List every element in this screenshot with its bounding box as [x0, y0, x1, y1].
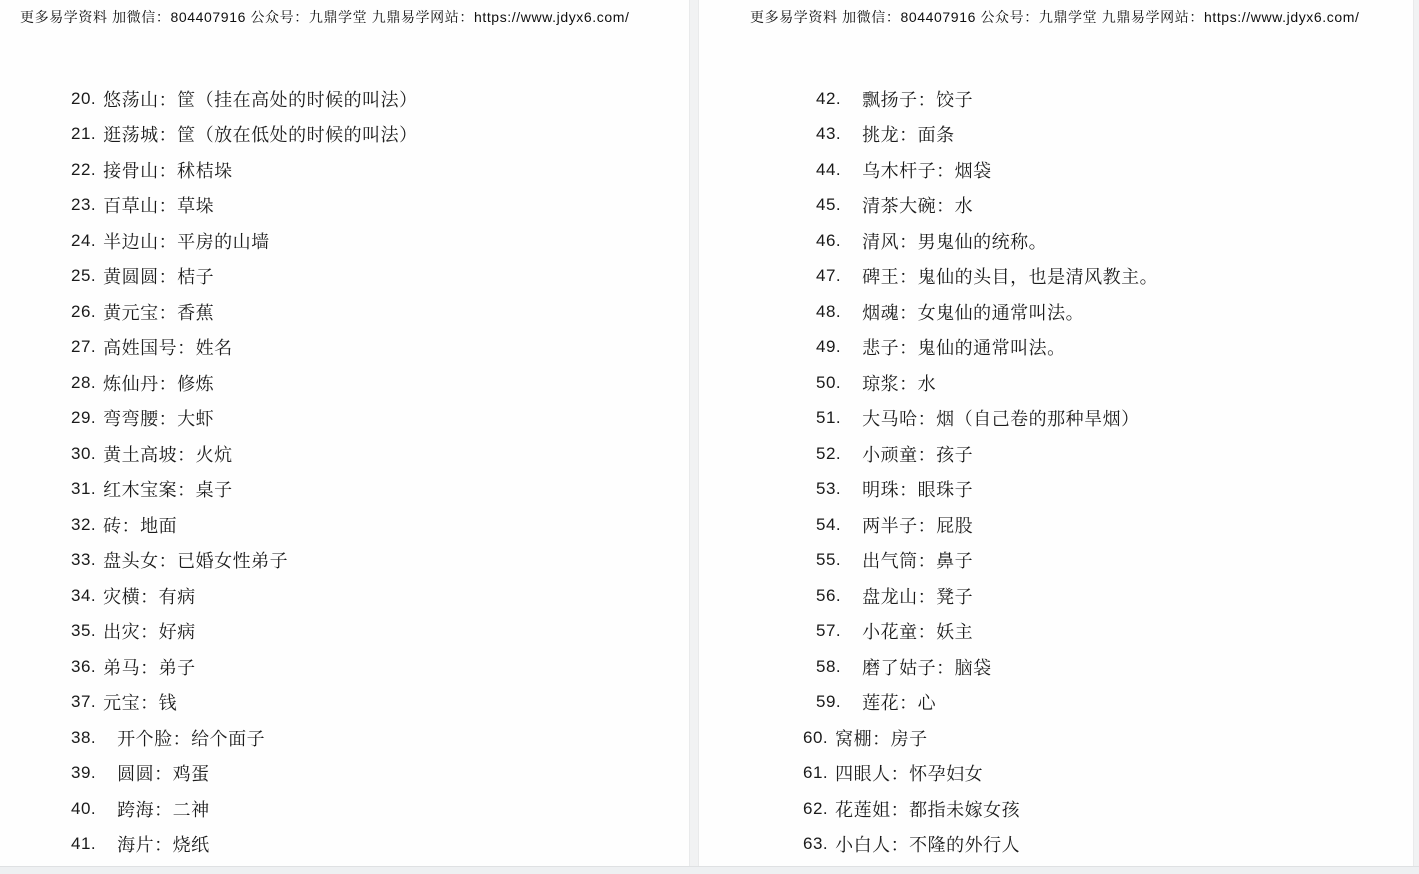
list-item-number: 60.: [803, 728, 828, 748]
list-item: 26. 黄元宝：香蕉: [71, 294, 689, 330]
list-item-number: 34.: [71, 586, 96, 606]
list-item-text: 莲花：心: [862, 689, 936, 715]
list-item-number: 26.: [71, 302, 96, 322]
list-item-number: 31.: [71, 479, 96, 499]
list-item: 40. 跨海：二神: [71, 791, 689, 827]
document-viewer: 更多易学资料 加微信：804407916 公众号：九鼎学堂 九鼎易学网站：htt…: [0, 0, 1419, 874]
page-header-left: 更多易学资料 加微信：804407916 公众号：九鼎学堂 九鼎易学网站：htt…: [20, 7, 630, 27]
list-item-number: 25.: [71, 266, 96, 286]
list-item: 51. 大马哈：烟（自己卷的那种旱烟）: [816, 401, 1413, 437]
list-item-text: 逛荡城：筐（放在低处的时候的叫法）: [103, 121, 418, 147]
list-item-number: 52.: [816, 444, 841, 464]
list-item-number: 42.: [816, 89, 841, 109]
list-item-text: 元宝：钱: [103, 689, 177, 715]
list-item-number: 56.: [816, 586, 841, 606]
list-item-text: 出气筒：鼻子: [862, 547, 973, 573]
list-item-number: 40.: [71, 799, 96, 819]
list-item-number: 41.: [71, 834, 96, 854]
list-item-text: 灾横：有病: [103, 583, 196, 609]
list-item-number: 29.: [71, 408, 96, 428]
list-item: 50. 琼浆：水: [816, 365, 1413, 401]
list-item-text: 炼仙丹：修炼: [103, 370, 214, 396]
list-item: 22. 接骨山：秫桔垛: [71, 152, 689, 188]
list-item-number: 20.: [71, 89, 96, 109]
list-item-number: 21.: [71, 124, 96, 144]
list-item: 23. 百草山：草垛: [71, 188, 689, 224]
list-item-text: 盘龙山：凳子: [862, 583, 973, 609]
list-item: 33. 盘头女：已婚女性弟子: [71, 543, 689, 579]
list-item: 24. 半边山：平房的山墙: [71, 223, 689, 259]
list-item-text: 盘头女：已婚女性弟子: [103, 547, 288, 573]
list-item: 52. 小顽童：孩子: [816, 436, 1413, 472]
list-item: 21. 逛荡城：筐（放在低处的时候的叫法）: [71, 117, 689, 153]
list-item-text: 清风：男鬼仙的统称。: [862, 228, 1047, 254]
list-item: 29. 弯弯腰：大虾: [71, 401, 689, 437]
list-item: 43. 挑龙：面条: [816, 117, 1413, 153]
list-item-text: 悠荡山：筐（挂在高处的时候的叫法）: [103, 86, 418, 112]
list-item: 46. 清风：男鬼仙的统称。: [816, 223, 1413, 259]
page-header-right: 更多易学资料 加微信：804407916 公众号：九鼎学堂 九鼎易学网站：htt…: [750, 7, 1360, 27]
list-item: 31. 红木宝案：桌子: [71, 472, 689, 508]
list-item-text: 飘扬子：饺子: [862, 86, 973, 112]
list-item-number: 38.: [71, 728, 96, 748]
list-item-number: 55.: [816, 550, 841, 570]
list-item-number: 57.: [816, 621, 841, 641]
list-item: 32. 砖：地面: [71, 507, 689, 543]
list-item: 54. 两半子：屁股: [816, 507, 1413, 543]
page-right: 更多易学资料 加微信：804407916 公众号：九鼎学堂 九鼎易学网站：htt…: [699, 0, 1413, 866]
list-item-text: 乌木杆子：烟袋: [862, 157, 992, 183]
list-item-number: 33.: [71, 550, 96, 570]
list-item-number: 54.: [816, 515, 841, 535]
list-item-text: 黄土高坡：火炕: [103, 441, 233, 467]
list-item-text: 红木宝案：桌子: [103, 476, 233, 502]
list-item-text: 清茶大碗：水: [862, 192, 973, 218]
list-item-text: 圆圆：鸡蛋: [117, 760, 210, 786]
list-item: 42. 飘扬子：饺子: [816, 81, 1413, 117]
list-item-number: 22.: [71, 160, 96, 180]
list-item-text: 小顽童：孩子: [862, 441, 973, 467]
list-item: 20. 悠荡山：筐（挂在高处的时候的叫法）: [71, 81, 689, 117]
list-item-text: 出灾：好病: [103, 618, 196, 644]
list-item-text: 烟魂：女鬼仙的通常叫法。: [862, 299, 1084, 325]
list-item-text: 弟马：弟子: [103, 654, 196, 680]
list-item: 35. 出灾：好病: [71, 614, 689, 650]
list-item: 62. 花莲姐：都指未嫁女孩: [803, 791, 1413, 827]
list-item: 63. 小白人：不隆的外行人: [803, 827, 1413, 863]
list-item-text: 砖：地面: [103, 512, 177, 538]
list-item-text: 跨海：二神: [117, 796, 210, 822]
list-item-text: 磨了姑子：脑袋: [862, 654, 992, 680]
list-item-number: 24.: [71, 231, 96, 251]
list-item: 59. 莲花：心: [816, 685, 1413, 721]
list-item-text: 四眼人：怀孕妇女: [835, 760, 983, 786]
list-item-number: 35.: [71, 621, 96, 641]
list-item: 48. 烟魂：女鬼仙的通常叫法。: [816, 294, 1413, 330]
list-item-number: 37.: [71, 692, 96, 712]
list-item-text: 小白人：不隆的外行人: [835, 831, 1020, 857]
list-item: 44. 乌木杆子：烟袋: [816, 152, 1413, 188]
list-item: 58. 磨了姑子：脑袋: [816, 649, 1413, 685]
list-item-number: 49.: [816, 337, 841, 357]
list-item-number: 62.: [803, 799, 828, 819]
list-item-text: 琼浆：水: [862, 370, 936, 396]
list-item-text: 半边山：平房的山墙: [103, 228, 270, 254]
list-item: 61. 四眼人：怀孕妇女: [803, 756, 1413, 792]
list-item-text: 海片：烧纸: [117, 831, 210, 857]
list-item: 39. 圆圆：鸡蛋: [71, 756, 689, 792]
list-item-text: 两半子：屁股: [862, 512, 973, 538]
list-item: 47. 碑王：鬼仙的头目，也是清风教主。: [816, 259, 1413, 295]
list-item: 36. 弟马：弟子: [71, 649, 689, 685]
list-item: 27. 高姓国号：姓名: [71, 330, 689, 366]
list-item: 41. 海片：烧纸: [71, 827, 689, 863]
list-item-number: 48.: [816, 302, 841, 322]
list-item: 55. 出气筒：鼻子: [816, 543, 1413, 579]
list-item-number: 39.: [71, 763, 96, 783]
list-item-text: 接骨山：秫桔垛: [103, 157, 233, 183]
list-item-text: 开个脸：给个面子: [117, 725, 265, 751]
list-item-number: 63.: [803, 834, 828, 854]
list-item-text: 黄圆圆：桔子: [103, 263, 214, 289]
page-gutter: [689, 0, 699, 866]
list-item-number: 45.: [816, 195, 841, 215]
list-item-text: 大马哈：烟（自己卷的那种旱烟）: [862, 405, 1140, 431]
list-item-text: 悲子：鬼仙的通常叫法。: [862, 334, 1066, 360]
list-item-text: 挑龙：面条: [862, 121, 955, 147]
list-item-number: 51.: [816, 408, 841, 428]
list-item-number: 23.: [71, 195, 96, 215]
list-item-number: 43.: [816, 124, 841, 144]
list-item-text: 碑王：鬼仙的头目，也是清风教主。: [862, 263, 1158, 289]
list-item-number: 30.: [71, 444, 96, 464]
list-item: 30. 黄土高坡：火炕: [71, 436, 689, 472]
list-item: 53. 明珠：眼珠子: [816, 472, 1413, 508]
list-item: 28. 炼仙丹：修炼: [71, 365, 689, 401]
list-item: 38. 开个脸：给个面子: [71, 720, 689, 756]
list-item-number: 28.: [71, 373, 96, 393]
list-item-text: 小花童：妖主: [862, 618, 973, 644]
list-item-number: 61.: [803, 763, 828, 783]
list-item-text: 花莲姐：都指未嫁女孩: [835, 796, 1020, 822]
list-item: 56. 盘龙山：凳子: [816, 578, 1413, 614]
list-item: 49. 悲子：鬼仙的通常叫法。: [816, 330, 1413, 366]
viewer-bottom-bar: [0, 866, 1419, 874]
list-item-text: 高姓国号：姓名: [103, 334, 233, 360]
list-item-text: 百草山：草垛: [103, 192, 214, 218]
list-item-number: 58.: [816, 657, 841, 677]
page-edge-right: [1413, 0, 1419, 866]
list-item-number: 36.: [71, 657, 96, 677]
page-left: 更多易学资料 加微信：804407916 公众号：九鼎学堂 九鼎易学网站：htt…: [0, 0, 689, 866]
list-item-number: 46.: [816, 231, 841, 251]
list-item-number: 59.: [816, 692, 841, 712]
list-item-text: 黄元宝：香蕉: [103, 299, 214, 325]
list-item-number: 53.: [816, 479, 841, 499]
list-item-number: 32.: [71, 515, 96, 535]
list-item-number: 44.: [816, 160, 841, 180]
list-item-number: 27.: [71, 337, 96, 357]
list-item-text: 明珠：眼珠子: [862, 476, 973, 502]
list-item-number: 47.: [816, 266, 841, 286]
list-item: 34. 灾横：有病: [71, 578, 689, 614]
list-item: 60. 窝棚：房子: [803, 720, 1413, 756]
list-item-text: 窝棚：房子: [835, 725, 928, 751]
list-item-number: 50.: [816, 373, 841, 393]
list-item: 57. 小花童：妖主: [816, 614, 1413, 650]
glossary-list-left: 20. 悠荡山：筐（挂在高处的时候的叫法） 21. 逛荡城：筐（放在低处的时候的…: [0, 81, 689, 862]
list-item: 37. 元宝：钱: [71, 685, 689, 721]
list-item: 25. 黄圆圆：桔子: [71, 259, 689, 295]
list-item: 45. 清茶大碗：水: [816, 188, 1413, 224]
list-item-text: 弯弯腰：大虾: [103, 405, 214, 431]
glossary-list-right: 42. 飘扬子：饺子 43. 挑龙：面条 44. 乌木杆子：烟袋 45. 清茶大…: [699, 81, 1413, 862]
